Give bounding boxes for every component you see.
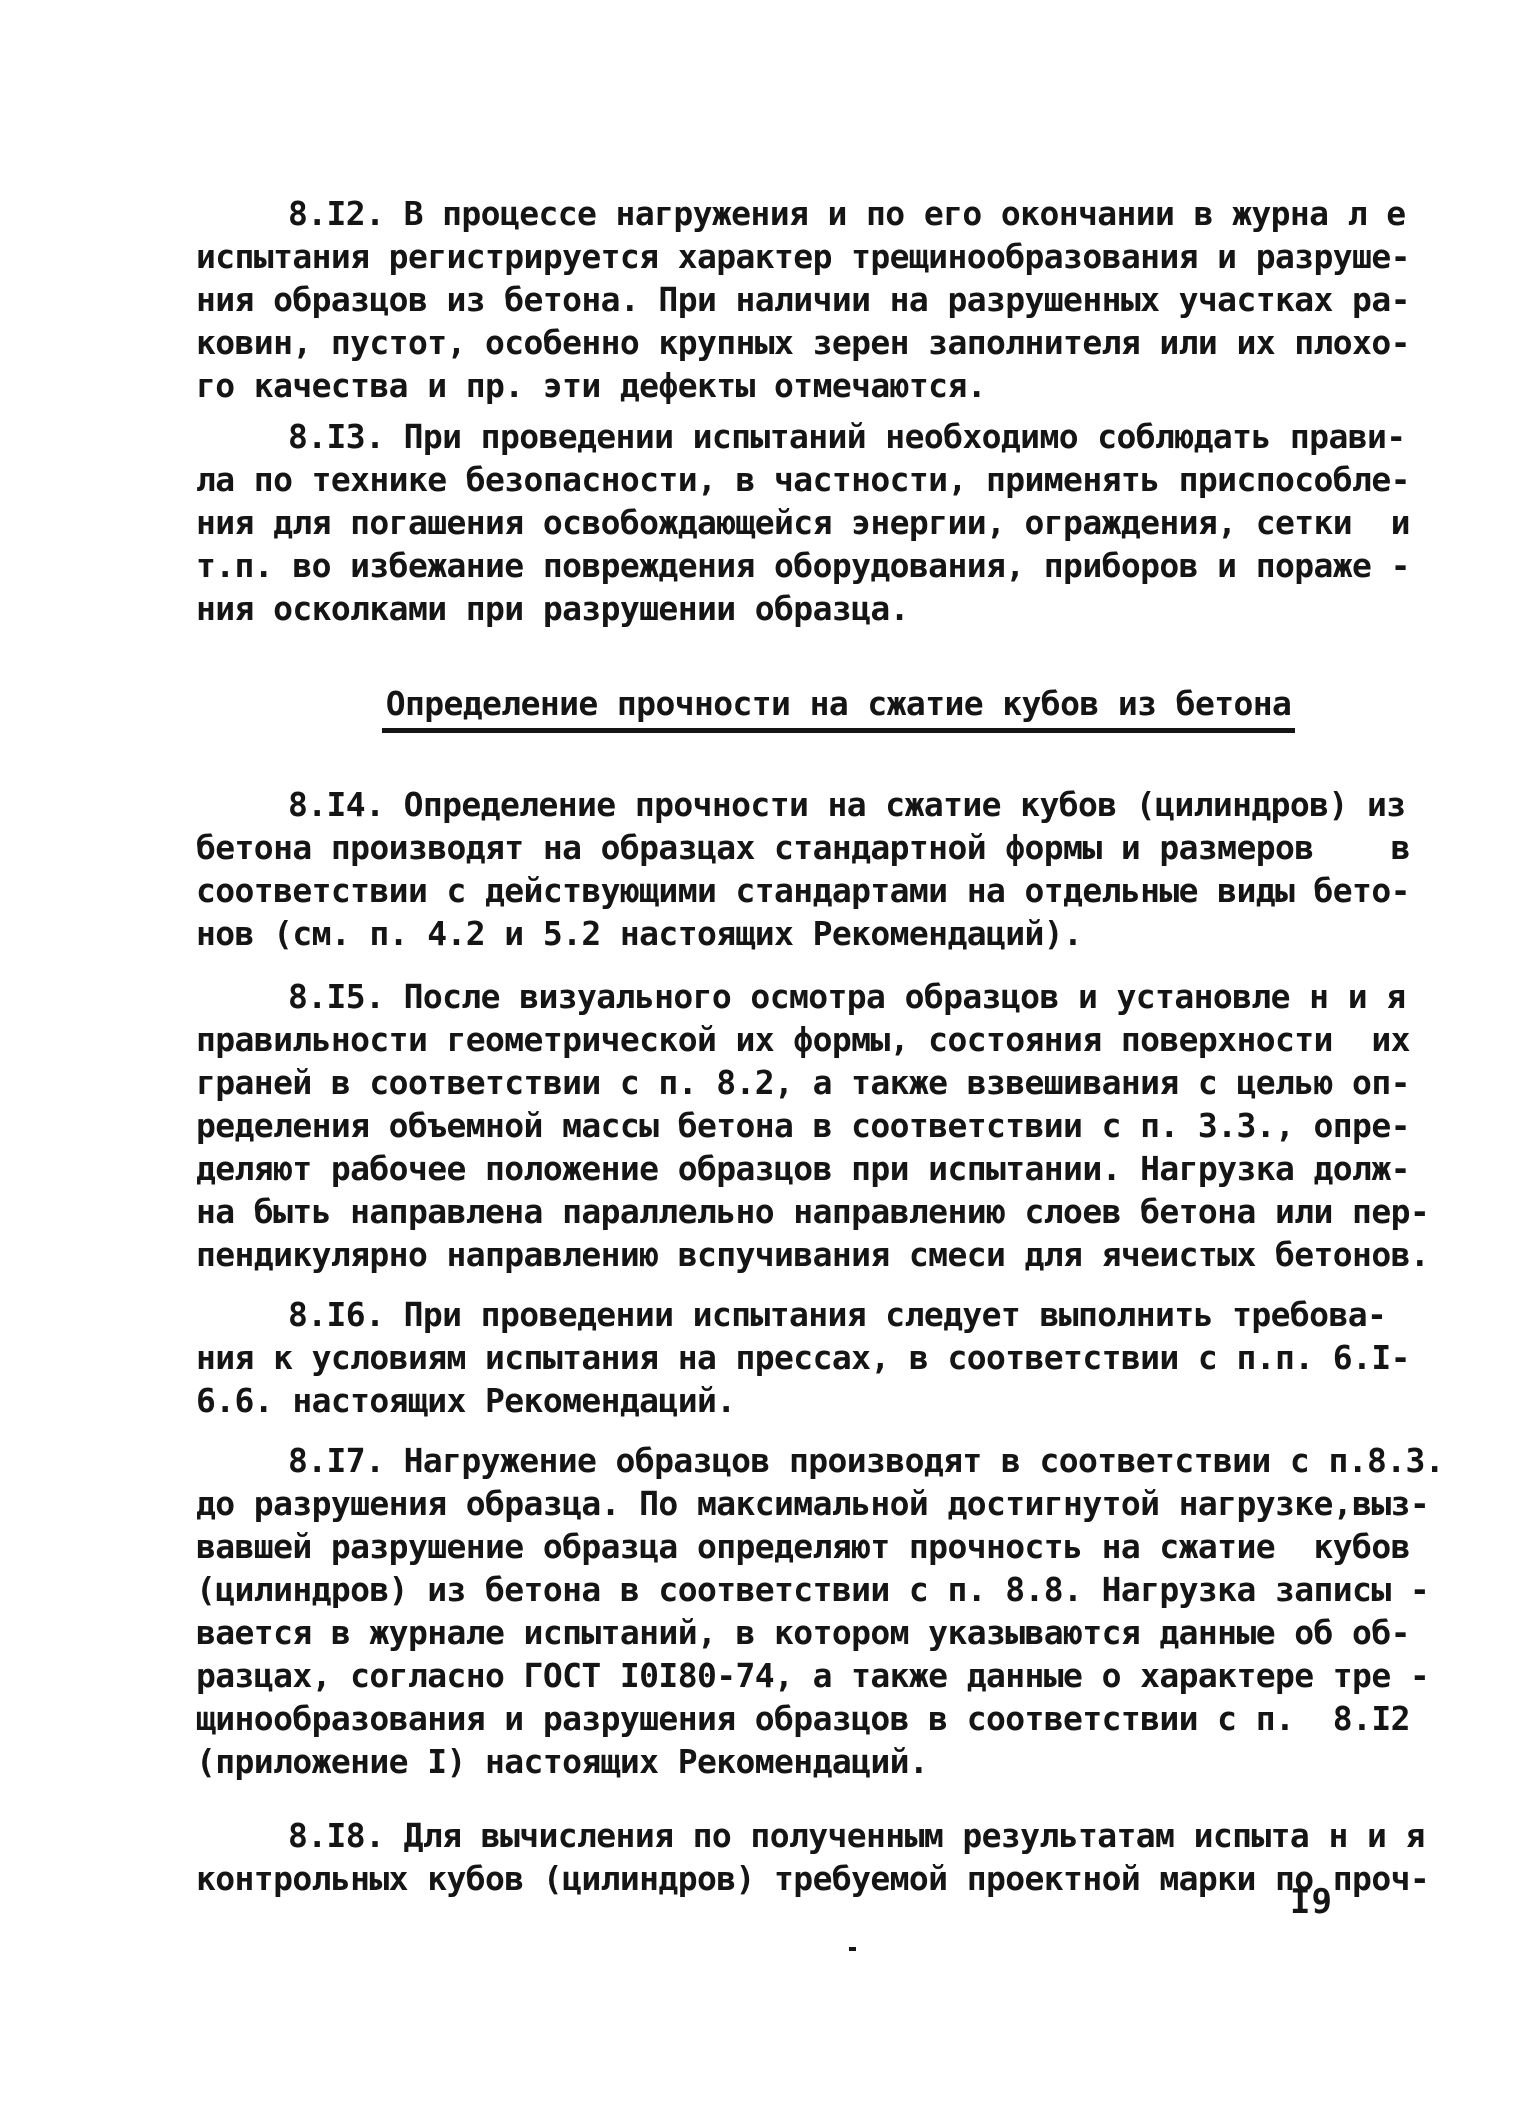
paragraph-8-18: 8.I8. Для вычисления по полученным резул… xyxy=(196,1814,1481,1900)
page-number: I9 xyxy=(1290,1881,1333,1924)
paragraph-8-17: 8.I7. Нагружение образцов производят в с… xyxy=(196,1439,1481,1783)
text-block: 8.I2. В процессе нагружения и по его око… xyxy=(196,192,1481,1900)
paragraph-8-16: 8.I6. При проведении испытания следует в… xyxy=(196,1293,1481,1422)
scanned-document-page: 8.I2. В процессе нагружения и по его око… xyxy=(0,0,1535,2127)
scan-artifact-dot xyxy=(849,1947,856,1951)
paragraph-8-13: 8.I3. При проведении испытаний необходим… xyxy=(196,415,1481,630)
paragraph-8-15: 8.I5. После визуального осмотра образцов… xyxy=(196,975,1481,1276)
paragraph-8-14: 8.I4. Определение прочности на сжатие ку… xyxy=(196,783,1481,955)
section-heading: Определение прочности на сжатие кубов из… xyxy=(196,682,1481,733)
paragraph-8-12: 8.I2. В процессе нагружения и по его око… xyxy=(196,192,1481,407)
section-heading-text: Определение прочности на сжатие кубов из… xyxy=(382,682,1296,733)
